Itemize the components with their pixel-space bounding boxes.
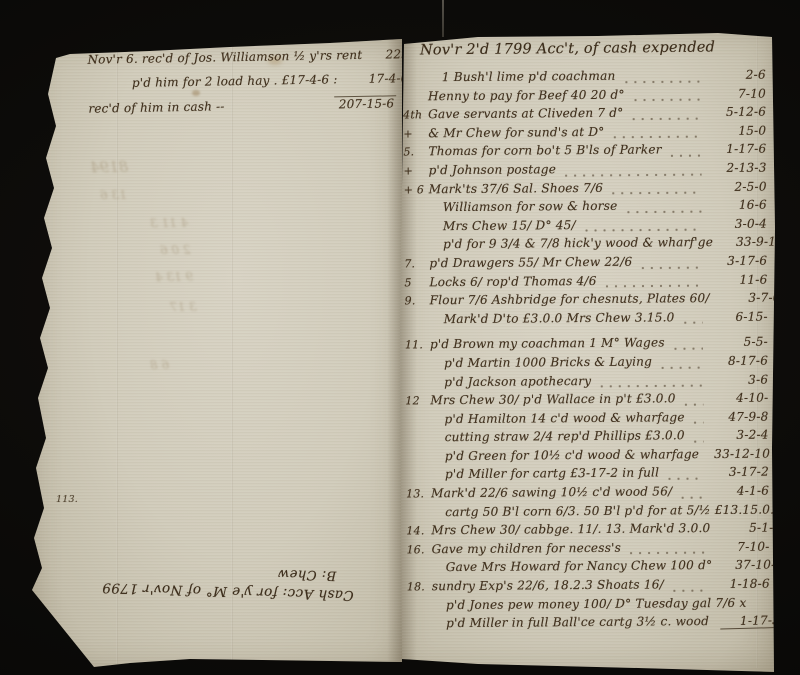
right-page-entries: 1 Bush'l lime p'd coachman 2-6 Henny to …	[403, 68, 772, 636]
backdrop-thread	[442, 0, 444, 37]
entry-amount: 3-7-6	[721, 291, 783, 305]
entry-amount: 5-5-	[708, 335, 770, 349]
entry-description: p'd Green for 10½ c'd wood & wharfage	[431, 447, 699, 463]
entry-amount: 16-6	[707, 198, 769, 212]
entry-description: p'd Brown my coachman 1 M° Wages	[430, 336, 665, 352]
entry-amount: 2-13-3	[707, 161, 769, 175]
entry-day-mark: +	[403, 127, 428, 140]
dot-leader	[610, 134, 701, 140]
entry-amount: 3-17-6	[707, 254, 769, 268]
dot-leader	[678, 495, 704, 500]
bleedthrough-line: 8194	[90, 158, 128, 177]
entry-description: rec'd of him in cash --	[88, 99, 224, 115]
ledger-entry: p'd Miller in full Ball'ce cartg 3½ c. w…	[407, 614, 772, 635]
entry-description: Mark'd D'to £3.0.0 Mrs Chew 3.15.0	[430, 310, 675, 326]
entry-amount: 2-5-0	[707, 179, 769, 193]
entry-description: Gave Mrs Howard for Nancy Chew 100 d°	[432, 558, 713, 574]
entry-amount: 3-17-2	[709, 465, 771, 479]
entry-amount: 3-2-4	[709, 428, 771, 442]
entry-description: p'd for 9 3/4 & 7/8 hick'y wood & wharf'…	[429, 235, 713, 251]
entry-description: 1 Bush'l lime p'd coachman	[428, 69, 616, 84]
ledger-right-page: Nov'r 2'd 1799 Acc't, of cash expended 1…	[398, 28, 776, 674]
dot-leader	[658, 365, 703, 370]
dot-leader	[638, 265, 702, 271]
dot-leader	[671, 346, 703, 351]
entry-amount: 6-15-	[708, 309, 770, 323]
bleedthrough-line: 4 11 3	[150, 216, 188, 231]
dot-leader	[609, 190, 702, 196]
dot-leader	[691, 420, 704, 425]
entry-amount: 14-1-3	[785, 502, 800, 516]
entry-amount: 11-6	[707, 272, 769, 286]
entry-amount: 2-6	[706, 68, 768, 82]
entry-day-mark: 18.	[407, 580, 432, 593]
entry-description: Mark'd 22/6 sawing 10½ c'd wood 56/	[431, 484, 672, 500]
entry-description: sundry Exp's 22/6, 18.2.3 Shoats 16/	[432, 577, 664, 593]
entry-description: p'd him for 2 load hay . £17-4-6 :	[88, 72, 338, 90]
entry-description: Locks 6/ rop'd Thomas 4/6	[429, 273, 596, 288]
entry-description: Williamson for sow & horse	[429, 199, 618, 214]
dot-leader	[681, 320, 703, 325]
entry-amount: 4-1-6	[709, 484, 771, 498]
entry-description: cartg 50 B'l corn 6/3. 50 B'l p'd for at…	[431, 502, 774, 519]
entry-amount: 7-10	[706, 86, 768, 100]
entry-amount: 5-1-0	[721, 521, 783, 535]
entry-description: p'd Miller for cartg £3-17-2 in full	[431, 466, 659, 482]
entry-amount: 17-4-6	[348, 71, 410, 86]
entry-day-mark: 7.	[404, 257, 429, 270]
folio-note: 113.	[56, 494, 78, 505]
ledger-left-page: 819413 64 11 32 0 69 13 43 176 8 Nov'r 6…	[30, 38, 402, 670]
dot-leader	[562, 172, 702, 178]
dot-leader	[668, 153, 702, 158]
entry-description: Mrs Chew 30/ p'd Wallace in p't £3.0.0	[430, 391, 675, 407]
dot-leader	[603, 283, 703, 289]
bleedthrough-line: 9 13 4	[155, 270, 193, 285]
entry-description: p'd Hamilton 14 c'd wood & wharfage	[430, 410, 684, 426]
entry-description: p'd Miller in full Ball'ce cartg 3½ c. w…	[432, 614, 709, 630]
dot-leader	[631, 97, 701, 103]
entry-day-mark: 5.	[403, 146, 428, 159]
dot-leader	[627, 551, 705, 557]
entry-description: Mrs Chew 30/ cabbge. 11/. 13. Mark'd 3.0…	[431, 521, 710, 537]
entry-amount: 3-0-4	[707, 216, 769, 230]
entry-amount: 15-0	[706, 123, 768, 137]
entry-description: p'd Jackson apothecary	[430, 373, 591, 388]
entry-day-mark: +	[404, 164, 429, 177]
bleedthrough-line: 3 17	[170, 300, 197, 314]
entry-amount: 33-9-10	[724, 235, 786, 249]
entry-day-mark: 13.	[406, 487, 431, 500]
entry-description: Flour 7/6 Ashbridge for chesnuts, Plates…	[430, 291, 710, 307]
entry-description: & Mr Chew for sund's at D°	[428, 125, 604, 140]
dot-leader	[691, 439, 704, 444]
ledger-entry: Mark'd D'to £3.0.0 Mrs Chew 3.15.0 6-15-	[405, 309, 770, 330]
entry-description: cutting straw 2/4 rep'd Phillips £3.0.0	[431, 429, 685, 445]
account-heading: Nov'r 2'd 1799 Acc't, of cash expended	[420, 39, 715, 58]
dot-leader	[665, 476, 704, 481]
entry-amount: 4-10-	[708, 391, 770, 405]
entry-day-mark: 11.	[405, 339, 430, 352]
entry-amount: 3-6	[708, 372, 770, 386]
entry-day-mark: 14.	[406, 524, 431, 537]
dot-leader	[629, 116, 701, 122]
entry-day-mark: 5	[404, 276, 429, 289]
entry-amount: 37-10-0	[723, 558, 785, 572]
entry-description: Mark'ts 37/6 Sal. Shoes 7/6	[429, 180, 604, 195]
endorsement-title: Cash Acc: for y'e M° of Nov'r 1799	[82, 579, 354, 604]
entry-day-mark: 4th	[403, 108, 428, 121]
bleedthrough-line: 6 8	[150, 358, 169, 372]
bleedthrough-line: 13 6	[100, 188, 127, 202]
entry-description: p'd Martin 1000 Bricks & Laying	[430, 354, 652, 370]
entry-amount: 1-17-3	[720, 613, 782, 630]
dot-leader	[623, 209, 701, 215]
entry-amount: 47-9-8	[708, 409, 770, 423]
entry-description: Henny to pay for Beef 40 20 d°	[428, 87, 625, 103]
entry-amount: 7-10-	[709, 539, 771, 553]
entry-description: Gave servants at Cliveden 7 d°	[428, 106, 623, 122]
dot-leader	[582, 227, 702, 233]
bleedthrough-line: 2 0 6	[160, 243, 191, 258]
entry-description: Nov'r 6. rec'd of Jos. Williamson ½ y'rs…	[87, 48, 362, 67]
entry-description: p'd Drawgers 55/ Mr Chew 22/6	[429, 255, 632, 271]
dot-leader	[682, 402, 704, 407]
entry-day-mark: 12	[405, 394, 430, 407]
entry-amount: 207-15-6	[334, 95, 396, 111]
dot-leader	[231, 112, 330, 119]
ledger-entry: rec'd of him in cash -- 207-15-6	[88, 95, 396, 124]
dot-leader	[597, 383, 703, 389]
entry-day-mark: 9.	[405, 294, 430, 307]
endorsement-upside-down: Cash Acc: for y'e M° of Nov'r 1799 B: Ch…	[82, 560, 355, 604]
entry-description: Mrs Chew 15/ D° 45/	[429, 218, 576, 233]
entry-amount: 1-18-6	[710, 577, 772, 591]
entry-description: p'd Johnson postage	[429, 162, 557, 177]
entry-amount: 8-17-6	[708, 353, 770, 367]
entry-day-mark: + 6	[404, 183, 429, 196]
entry-amount: 5-12-6	[706, 105, 768, 119]
dot-leader	[621, 79, 700, 85]
entry-amount: 1-17-6	[706, 142, 768, 156]
entry-day-mark: 16.	[407, 543, 432, 556]
entry-description: Thomas for corn bo't 5 B'ls of Parker	[428, 143, 661, 159]
entry-amount: 5-7-6	[757, 595, 800, 609]
entry-amount: 33-12-10	[710, 446, 772, 460]
dot-leader	[670, 588, 705, 593]
left-page-entries: Nov'r 6. rec'd of Jos. Williamson ½ y'rs…	[87, 47, 396, 124]
entry-description: p'd Jones pew money 100/ D° Tuesday gal …	[432, 595, 747, 611]
entry-description: Gave my children for necess's	[431, 541, 621, 556]
